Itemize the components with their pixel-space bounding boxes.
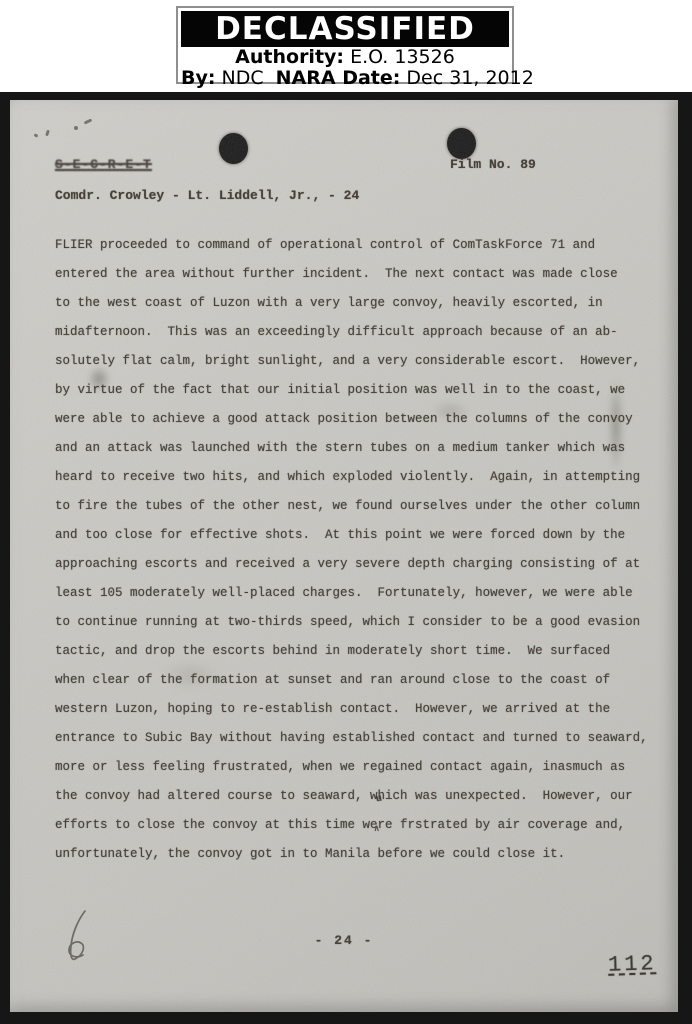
insertion-caret-icon: ∧ [374, 824, 379, 834]
typewritten-line: solutely flat calm, bright sunlight, and… [55, 347, 665, 376]
scanned-document-page: DECLASSIFIED Authority: E.O. 13526 By: N… [0, 0, 692, 1024]
handwritten-initial [56, 908, 98, 972]
pencil-mark [45, 130, 50, 137]
pencil-mark [74, 126, 79, 131]
nara-date-value: Dec 31, 2012 [406, 67, 533, 89]
typewritten-line: FLIER proceeded to command of operationa… [55, 231, 665, 260]
authority-value: E.O. 13526 [350, 46, 455, 68]
typewritten-line: western Luzon, hoping to re-establish co… [55, 695, 665, 724]
pencil-mark [34, 133, 39, 138]
page-number: - 24 - [10, 933, 678, 948]
by-label: By: [181, 67, 215, 89]
typewritten-line: to continue running at two-thirds speed,… [55, 608, 665, 637]
typewritten-line: efforts to close the convoy at this time… [55, 811, 665, 840]
typewritten-line: unfortunately, the convoy got in to Mani… [55, 840, 665, 869]
cursive-b-mark [56, 908, 98, 968]
typewritten-line: heard to receive two hits, and which exp… [55, 463, 665, 492]
typewritten-line: least 105 moderately well-placed charges… [55, 579, 665, 608]
classification-marking: S-E-C-R-E-T [55, 157, 152, 172]
typewritten-line: and an attack was launched with the ster… [55, 434, 665, 463]
film-number: Film No. 89 [450, 157, 536, 172]
typewritten-line: to fire the tubes of the other nest, we … [55, 492, 665, 521]
stamp-authority-line: Authority: E.O. 13526 [181, 47, 509, 68]
hole-punch [447, 128, 476, 159]
typewritten-line: more or less feeling frustrated, when we… [55, 753, 665, 782]
document-body: FLIER proceeded to command of operationa… [55, 231, 665, 869]
document-paper: S-E-C-R-E-T Film No. 89 Comdr. Crowley -… [10, 100, 678, 1012]
document-heading: Comdr. Crowley - Lt. Liddell, Jr., - 24 [55, 188, 359, 203]
typewritten-line: midafternoon. This was an exceedingly di… [55, 318, 665, 347]
hole-punch [219, 133, 248, 164]
typewritten-line: entrance to Subic Bay without having est… [55, 724, 665, 753]
typewritten-line: when clear of the formation at sunset an… [55, 666, 665, 695]
stamp-title: DECLASSIFIED [181, 11, 509, 47]
declassification-stamp: DECLASSIFIED Authority: E.O. 13526 By: N… [176, 6, 514, 84]
typewritten-line: by virtue of the fact that our initial p… [55, 376, 665, 405]
typewritten-line: approaching escorts and received a very … [55, 550, 665, 579]
typewritten-line: and too close for effective shots. At th… [55, 521, 665, 550]
pencil-mark [84, 118, 93, 124]
typewritten-line: to the west coast of Luzon with a very l… [55, 289, 665, 318]
nara-date-label: NARA Date: [276, 67, 401, 89]
typewritten-line: the convoy had altered course to seaward… [55, 782, 665, 811]
stamp-by-line: By: NDCNARA Date: Dec 31, 2012 [181, 68, 509, 89]
declassification-header: DECLASSIFIED Authority: E.O. 13526 By: N… [0, 0, 692, 92]
authority-label: Authority: [235, 46, 344, 68]
microfilm-scan-background: S-E-C-R-E-T Film No. 89 Comdr. Crowley -… [0, 92, 692, 1024]
by-value: NDC [222, 67, 264, 89]
archive-page-stamp: 112 [608, 951, 657, 978]
typewritten-line: tactic, and drop the escorts behind in m… [55, 637, 665, 666]
typewritten-line: were able to achieve a good attack posit… [55, 405, 665, 434]
typewritten-line: entered the area without further inciden… [55, 260, 665, 289]
